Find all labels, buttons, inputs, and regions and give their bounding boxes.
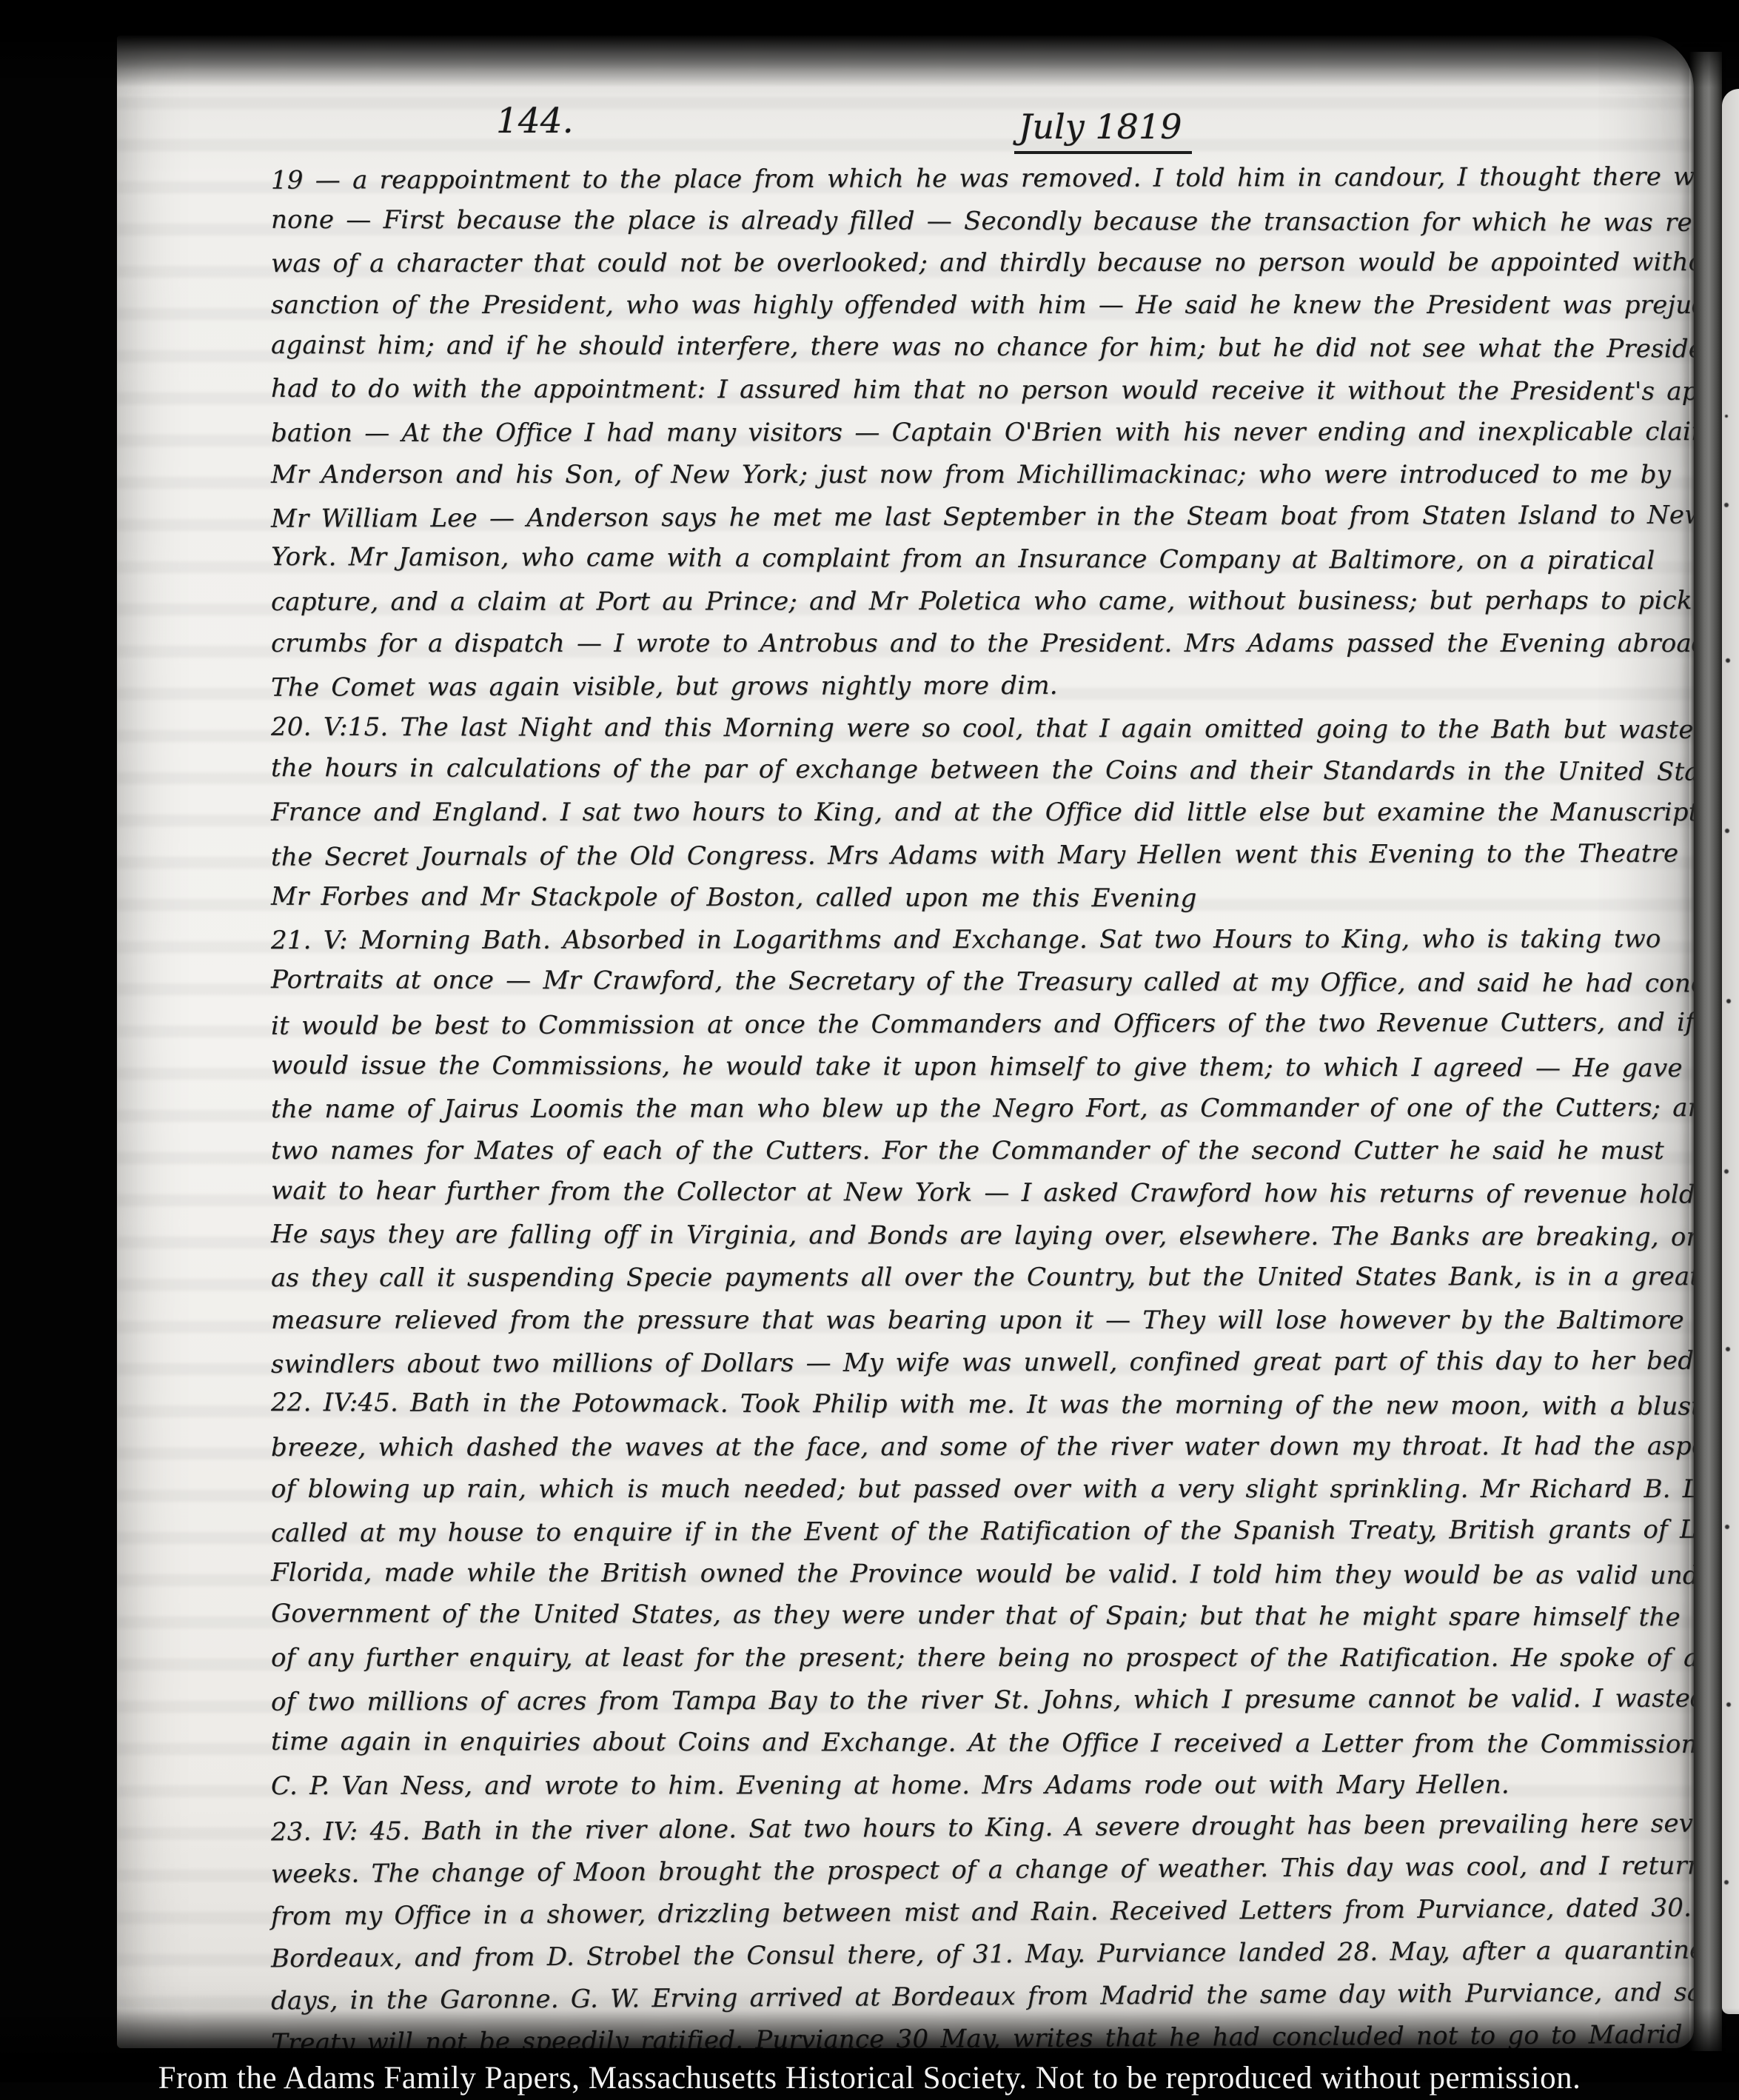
manuscript-text: 19 — a reappointment to the place from w… [271, 158, 1694, 2048]
manuscript-line: of any further enquiry, at least for the… [271, 1637, 1694, 1679]
manuscript-line: against him; and if he should interfere,… [271, 324, 1694, 371]
manuscript-line: France and England. I sat two hours to K… [271, 792, 1694, 834]
photo-caption: From the Adams Family Papers, Massachuse… [0, 2056, 1739, 2100]
manuscript-line: crumbs for a dispatch — I wrote to Antro… [271, 623, 1694, 665]
manuscript-line: The Comet was again visible, but grows n… [271, 663, 1694, 709]
manuscript-line: Portraits at once — Mr Crawford, the Sec… [271, 959, 1694, 1006]
manuscript-line: measure relieved from the pressure that … [271, 1300, 1694, 1342]
caption-text: From the Adams Family Papers, Massachuse… [158, 2060, 1581, 2096]
manuscript-line: 22. IV:45. Bath in the Potowmack. Took P… [271, 1382, 1694, 1428]
manuscript-line: as they call it suspending Specie paymen… [271, 1256, 1694, 1300]
month-header: July 1819 [1014, 107, 1192, 154]
manuscript-line: 20. V:15. The last Night and this Mornin… [271, 706, 1694, 752]
manuscript-line: sanction of the President, who was highl… [271, 284, 1694, 327]
manuscript-line: of two millions of acres from Tampa Bay … [271, 1678, 1694, 1725]
manuscript-line: the Secret Journals of the Old Congress.… [271, 832, 1694, 879]
manuscript-line: swindlers about two millions of Dollars … [271, 1340, 1694, 1386]
manuscript-line: had to do with the appointment: I assure… [271, 368, 1694, 413]
manuscript-line: Government of the United States, as they… [271, 1593, 1694, 1639]
manuscript-line: breeze, which dashed the waves at the fa… [271, 1425, 1694, 1469]
manuscript-line: two names for Mates of each of the Cutte… [271, 1130, 1694, 1172]
manuscript-line: Florida, made while the British owned th… [271, 1552, 1694, 1597]
manuscript-line: the hours in calculations of the par of … [271, 747, 1694, 794]
page-number: 144. [496, 101, 574, 141]
manuscript-line: Mr Anderson and his Son, of New York; ju… [271, 454, 1694, 496]
manuscript-line: 21. V: Morning Bath. Absorbed in Logarit… [271, 918, 1694, 962]
manuscript-line: time again in enquiries about Coins and … [271, 1721, 1694, 1766]
manuscript-line: the name of Jairus Loomis the man who bl… [271, 1087, 1694, 1131]
manuscript-line: He says they are falling off in Virginia… [271, 1214, 1694, 1259]
diary-page: 144. July 1819 19 — a reappointment to t… [117, 36, 1694, 2048]
manuscript-line: was of a character that could not be ove… [271, 241, 1694, 285]
manuscript-line: Mr William Lee — Anderson says he met me… [271, 494, 1694, 541]
manuscript-line: called at my house to enquire if in the … [271, 1508, 1694, 1555]
manuscript-line: of blowing up rain, which is much needed… [271, 1468, 1694, 1511]
book-gutter [1689, 52, 1722, 2051]
book-page-edges [19, 39, 130, 2051]
manuscript-line: 19 — a reappointment to the place from w… [271, 156, 1694, 202]
manuscript-line: would issue the Commissions, he would ta… [271, 1045, 1694, 1090]
manuscript-line: it would be best to Commission at once t… [271, 1001, 1694, 1048]
manuscript-line: York. Mr Jamison, who came with a compla… [271, 536, 1694, 583]
manuscript-line: none — First because the place is alread… [271, 199, 1694, 244]
manuscript-line: wait to hear further from the Collector … [271, 1170, 1694, 1217]
manuscript-scan: 144. July 1819 19 — a reappointment to t… [0, 0, 1739, 2100]
manuscript-line: capture, and a claim at Port au Prince; … [271, 580, 1694, 623]
manuscript-line: C. P. Van Ness, and wrote to him. Evenin… [271, 1763, 1694, 1807]
facing-page-edge [1722, 89, 1739, 2014]
manuscript-line: Mr Forbes and Mr Stackpole of Boston, ca… [271, 875, 1694, 920]
manuscript-line: bation — At the Office I had many visito… [271, 410, 1694, 454]
